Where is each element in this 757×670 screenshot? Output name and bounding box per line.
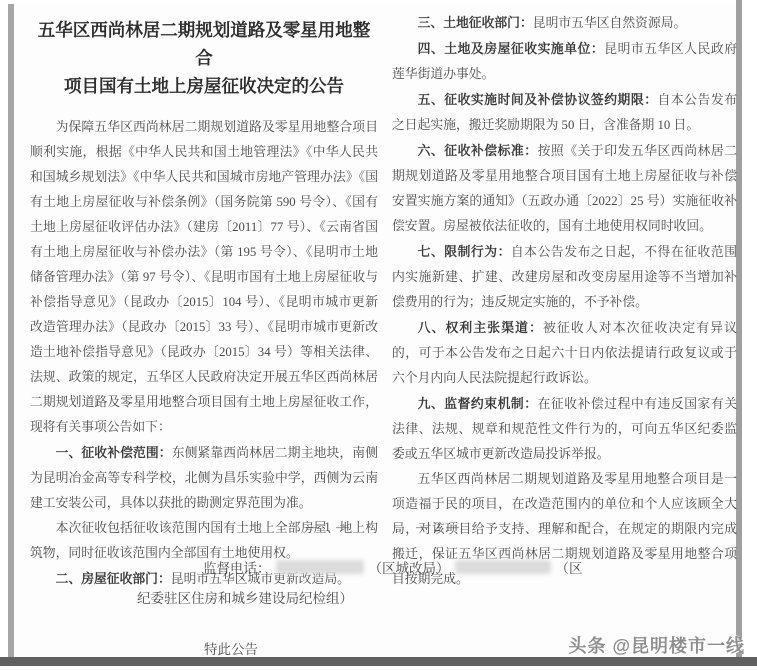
scan-bottom-edge [0,657,757,666]
page-number-2: — 2 — [416,519,460,535]
section-1-scope: 一、征收补偿范围：东侧紧靠西尚林居二期主地块，南侧为昆明冶金高等专科学校，北侧为… [30,440,378,516]
section-6-heading: 六、征收补偿标准： [418,143,538,158]
section-4-implementing-unit: 四、土地及房屋征收实施单位：昆明市五华区人民政府莲华街道办事处。 [392,36,737,87]
section-9-heading: 九、监督约束机制： [418,396,538,411]
page-1-column: 五华区西尚林居二期规划道路及零星用地整合 项目国有土地上房屋征收决定的公告 为保… [30,16,378,592]
section-5-heading: 五、征收实施时间及补偿协议签约期限： [418,92,658,107]
supervision-phone-line: 监督电话： （区城改局） （区 [203,557,583,577]
redacted-phone-number-2 [455,560,551,574]
page-number-1: — 1 — [306,519,350,535]
section-3-heading: 三、土地征收部门： [418,15,533,30]
section-1-heading: 一、征收补偿范围： [56,445,172,460]
section-5-schedule: 五、征收实施时间及补偿协议签约期限：自本公告发布之日起实施，搬迁奖励期限为 50… [392,87,737,138]
section-7-restricted-acts: 七、限制行为：自本公告发布之日起，不得在征收范围内实施新建、扩建、改建房屋和改变… [392,239,737,315]
section-8-heading: 八、权利主张渠道： [418,320,543,335]
intro-paragraph: 为保障五华区西尚林居二期规划道路及零星用地整合项目顺利实施，根据《中华人民共和国… [30,115,378,440]
hereby-announced-note: 特此公告 [204,638,258,658]
page-2-column: 三、土地征收部门：昆明市五华区自然资源局。 四、土地及房屋征收实施单位：昆明市五… [392,10,737,592]
phone-note-city-renewal-bureau: （区城改局） [369,557,450,577]
toutiao-watermark: 头条 @昆明楼市一线 [568,632,745,658]
supervision-phone-label: 监督电话： [203,557,271,577]
document-title: 五华区西尚林居二期规划道路及零星用地整合 项目国有土地上房屋征收决定的公告 [30,16,378,100]
section-8-rights-channels: 八、权利主张渠道：被征收人对本次征收决定有异议的，可于本公告发布之日起六十日内依… [392,315,737,391]
section-3-land-dept: 三、土地征收部门：昆明市五华区自然资源局。 [392,10,737,36]
redacted-phone-number-1 [276,560,364,574]
document-title-line1: 五华区西尚林居二期规划道路及零星用地整合 [38,20,371,68]
discipline-inspection-line: 纪委驻区住房和城乡建设局纪检组） [137,587,353,607]
section-2-heading: 二、房屋征收部门： [56,571,171,586]
section-7-heading: 七、限制行为： [418,244,511,259]
phone-note-district-prefix: （区 [556,557,583,577]
section-4-heading: 四、土地及房屋征收实施单位： [418,41,605,56]
section-9-supervision: 九、监督约束机制：在征收补偿过程中有违反国家有关法律、法规、规章和规范性文件行为… [392,391,737,467]
section-3-text: 昆明市五华区自然资源局。 [533,16,687,30]
document-title-line2: 项目国有土地上房屋征收决定的公告 [64,76,344,96]
section-6-compensation-standard: 六、征收补偿标准：按照《关于印发五华区西尚林居二期规划道路及零星用地整合项目国有… [392,138,737,239]
scan-edge-left [8,4,14,658]
